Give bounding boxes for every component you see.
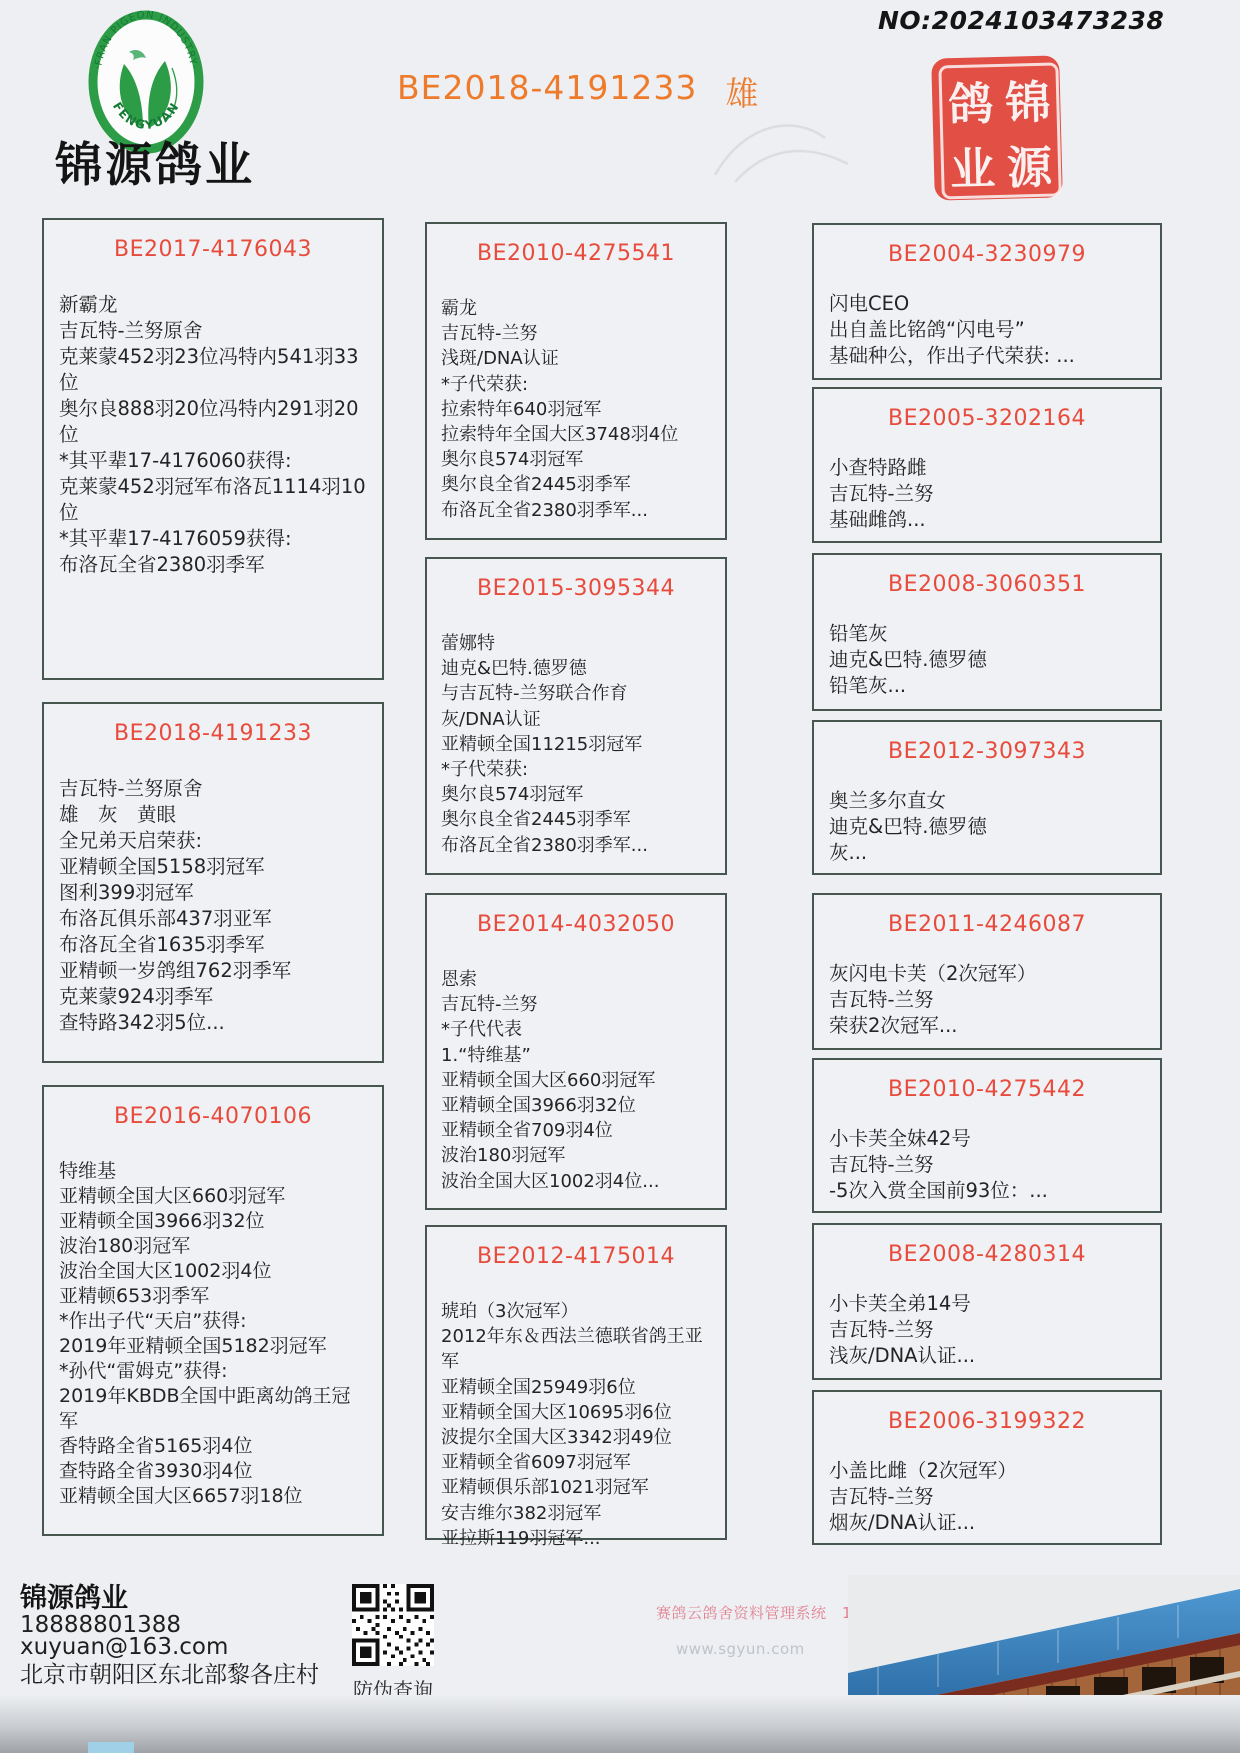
website-text: www.sgyun.com: [676, 1640, 805, 1658]
pedigree-box-col3-row6: BE2010-4275442 小卡芙全妹42号 吉瓦特-兰努 -5次入赏全国前9…: [812, 1058, 1162, 1213]
pedigree-details: 小查特路雌 吉瓦特-兰努 基础雌鸽...: [814, 455, 1160, 533]
ring-number-title: BE2004-3230979: [814, 242, 1160, 267]
ring-number-title: BE2006-3199322: [814, 1409, 1160, 1434]
seal-char: 鸽: [947, 67, 994, 133]
pedigree-box-col3-row8: BE2006-3199322 小盖比雌（2次冠军） 吉瓦特-兰努 烟灰/DNA认…: [812, 1390, 1162, 1545]
ring-number-title: BE2014-4032050: [427, 912, 725, 937]
pedigree-details: 霸龙 吉瓦特-兰努 浅斑/DNA认证 *子代荣获: 拉索特年640羽冠军 拉索特…: [427, 296, 725, 523]
seal-char: 源: [1006, 131, 1053, 197]
pedigree-box-col3-row4: BE2012-3097343 奥兰多尔直女 迪克&巴特.德罗德 灰...: [812, 720, 1162, 875]
ring-number-title: BE2018-4191233: [44, 721, 382, 746]
pedigree-details: 小盖比雌（2次冠军） 吉瓦特-兰努 烟灰/DNA认证...: [814, 1458, 1160, 1536]
pedigree-box-col3-row5: BE2011-4246087 灰闪电卡芙（2次冠军） 吉瓦特-兰努 荣获2次冠军…: [812, 893, 1162, 1050]
pedigree-box-col3-row3: BE2008-3060351 铅笔灰 迪克&巴特.德罗德 铅笔灰...: [812, 553, 1162, 711]
ring-number-title: BE2010-4275541: [427, 241, 725, 266]
company-seal-stamp: 鸽 锦 业 源: [931, 55, 1063, 200]
pencil-scribble: [700, 100, 870, 195]
anti-fake-qr-code: [352, 1584, 434, 1666]
ring-number-title: BE2005-3202164: [814, 406, 1160, 431]
scan-shadow-band: [0, 1695, 1240, 1753]
pedigree-details: 琥珀（3次冠军） 2012年东＆西法兰德联省鸽王亚军 亚精顿全国25949羽6位…: [427, 1299, 725, 1551]
pedigree-details: 新霸龙 吉瓦特-兰努原舍 克莱蒙452羽23位冯特内541羽33位 奥尔良888…: [44, 292, 382, 578]
pedigree-details: 小卡芙全弟14号 吉瓦特-兰努 浅灰/DNA认证...: [814, 1291, 1160, 1369]
pedigree-details: 特维基 亚精顿全国大区660羽冠军 亚精顿全国3966羽32位 波治180羽冠军…: [44, 1159, 382, 1509]
ring-number-title: BE2010-4275442: [814, 1077, 1160, 1102]
company-name-header: 锦源鸽业: [55, 128, 255, 195]
ring-number-title: BE2017-4176043: [44, 237, 382, 262]
pedigree-details: 小卡芙全妹42号 吉瓦特-兰努 -5次入赏全国前93位：...: [814, 1126, 1160, 1204]
ring-number-title: BE2015-3095344: [427, 576, 725, 601]
ring-number-title: BE2008-4280314: [814, 1242, 1160, 1267]
ring-number-title: BE2012-3097343: [814, 739, 1160, 764]
pedigree-box-col2-row3: BE2014-4032050 恩索 吉瓦特-兰努 *子代代表 1.“特维基” 亚…: [425, 893, 727, 1210]
pedigree-details: 铅笔灰 迪克&巴特.德罗德 铅笔灰...: [814, 621, 1160, 699]
pedigree-details: 闪电CEO 出自盖比铭鸽“闪电号” 基础种公，作出子代荣获: ...: [814, 291, 1160, 369]
pedigree-box-col3-row7: BE2008-4280314 小卡芙全弟14号 吉瓦特-兰努 浅灰/DNA认证.…: [812, 1223, 1162, 1380]
pedigree-box-col1-row2: BE2018-4191233 吉瓦特-兰努原舍 雄 灰 黄眼 全兄弟天启荣获: …: [42, 702, 384, 1063]
pedigree-box-col1-row1: BE2017-4176043 新霸龙 吉瓦特-兰努原舍 克莱蒙452羽23位冯特…: [42, 218, 384, 680]
footer-company-name: 锦源鸽业: [20, 1576, 128, 1615]
pedigree-certificate-page: NO:2024103473238 BE2018-4191233 雄 ·FRAN …: [0, 0, 1240, 1753]
pedigree-box-col3-row1: BE2004-3230979 闪电CEO 出自盖比铭鸽“闪电号” 基础种公，作出…: [812, 223, 1162, 380]
pedigree-box-col1-row3: BE2016-4070106 特维基 亚精顿全国大区660羽冠军 亚精顿全国39…: [42, 1085, 384, 1536]
pedigree-details: 吉瓦特-兰努原舍 雄 灰 黄眼 全兄弟天启荣获: 亚精顿全国5158羽冠军 图利…: [44, 776, 382, 1036]
pedigree-details: 恩索 吉瓦特-兰努 *子代代表 1.“特维基” 亚精顿全国大区660羽冠军 亚精…: [427, 967, 725, 1194]
pedigree-details: 蕾娜特 迪克&巴特.德罗德 与吉瓦特-兰努联合作育 灰/DNA认证 亚精顿全国1…: [427, 631, 725, 858]
pedigree-box-col3-row2: BE2005-3202164 小查特路雌 吉瓦特-兰努 基础雌鸽...: [812, 387, 1162, 543]
ring-number-title: BE2011-4246087: [814, 912, 1160, 937]
footer-address: 北京市朝阳区东北部黎各庄村: [20, 1656, 319, 1689]
pedigree-box-col2-row2: BE2015-3095344 蕾娜特 迪克&巴特.德罗德 与吉瓦特-兰努联合作育…: [425, 557, 727, 875]
ring-number-title: BE2008-3060351: [814, 572, 1160, 597]
document-number: NO:2024103473238: [878, 6, 1164, 35]
seal-char: 锦: [1004, 66, 1051, 132]
pedigree-details: 奥兰多尔直女 迪克&巴特.德罗德 灰...: [814, 788, 1160, 866]
ring-number-title: BE2016-4070106: [44, 1104, 382, 1129]
pedigree-box-col2-row4: BE2012-4175014 琥珀（3次冠军） 2012年东＆西法兰德联省鸽王亚…: [425, 1225, 727, 1540]
ring-number-title: BE2012-4175014: [427, 1244, 725, 1269]
pedigree-box-col2-row1: BE2010-4275541 霸龙 吉瓦特-兰努 浅斑/DNA认证 *子代荣获:…: [425, 222, 727, 540]
pedigree-details: 灰闪电卡芙（2次冠军） 吉瓦特-兰努 荣获2次冠军...: [814, 961, 1160, 1039]
scan-edge-artifact: [88, 1742, 134, 1753]
seal-char: 业: [949, 132, 996, 198]
main-ring-number-text: BE2018-4191233: [397, 68, 697, 115]
